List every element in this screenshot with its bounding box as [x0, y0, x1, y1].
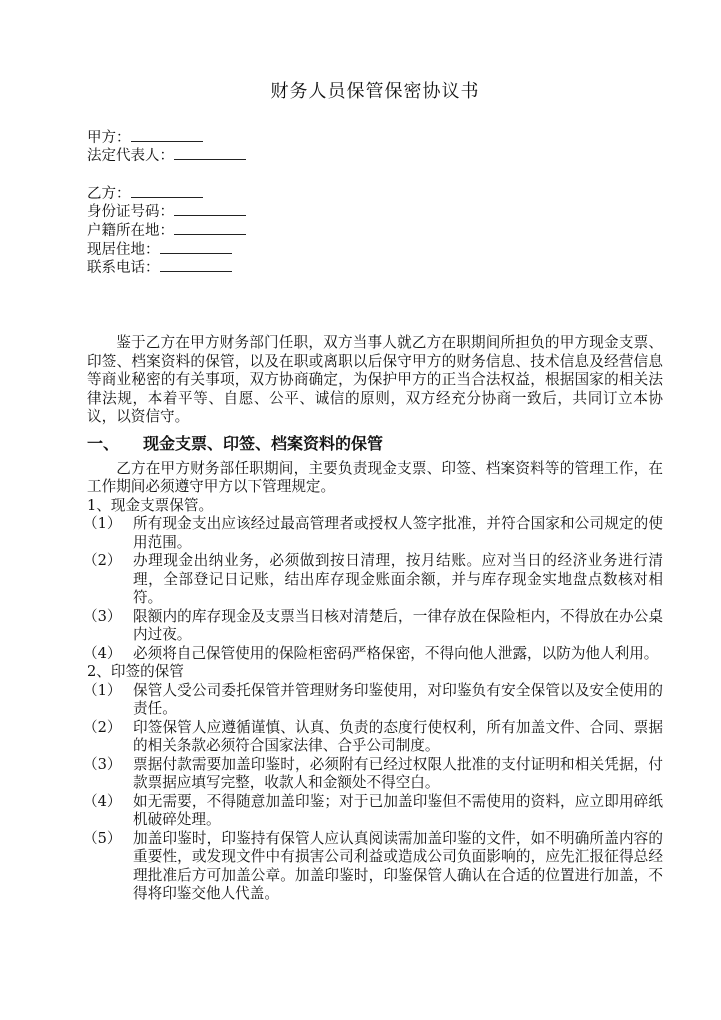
list-item: （4）如无需要，不得随意加盖印鉴；对于已加盖印鉴但不需使用的资料，应立即用碎纸机… [87, 793, 663, 830]
party-b-id-field: 身份证号码： [87, 202, 246, 221]
party-b-address-blank [160, 240, 232, 254]
list-item-text: 票据付款需要加盖印鉴时，必须附有已经过权限人批准的支付证明和相关凭据，付款票据应… [133, 756, 663, 793]
section-1-title: 现金支票、印签、档案资料的保管 [143, 434, 383, 453]
list-item-number: （2） [87, 552, 133, 608]
preamble-paragraph: 鉴于乙方在甲方财务部门任职，双方当事人就乙方在职期间所担负的甲方现金支票、印签、… [87, 334, 663, 427]
list-item-number: （2） [87, 719, 133, 756]
list-item-text: 印签保管人应遵循谨慎、认真、负责的态度行使权利，所有加盖文件、合同、票据的相关条… [133, 719, 663, 756]
list-item-number: （5） [87, 830, 133, 904]
party-b-id-label: 身份证号码： [87, 204, 174, 220]
subsection-1-heading: 1、现金支票保管。 [87, 497, 663, 516]
list-item: （2）办理现金出纳业务，必须做到按日清理，按月结账。应对当日的经济业务进行清理，… [87, 552, 663, 608]
list-item-text: 如无需要，不得随意加盖印鉴；对于已加盖印鉴但不需使用的资料，应立即用碎纸机破碎处… [133, 793, 663, 830]
party-b-name-field: 乙方： [87, 184, 203, 203]
document-title: 财务人员保管保密协议书 [87, 77, 663, 103]
party-a-name-label: 甲方： [87, 130, 131, 146]
party-b-address-field: 现居住地： [87, 240, 232, 259]
list-item-number: （4） [87, 645, 133, 664]
list-item: （2）印签保管人应遵循谨慎、认真、负责的态度行使权利，所有加盖文件、合同、票据的… [87, 719, 663, 756]
section-1-heading: 一、现金支票、印签、档案资料的保管 [87, 434, 663, 454]
list-item: （5）加盖印鉴时，印鉴持有保管人应认真阅读需加盖印鉴的文件，如不明确所盖内容的重… [87, 830, 663, 904]
list-item-text: 保管人受公司委托保管并管理财务印鉴使用，对印鉴负有安全保管以及安全使用的责任。 [133, 682, 663, 719]
subsection-2-heading: 2、印签的保管 [87, 663, 663, 682]
party-a-name-blank [131, 128, 203, 142]
list-item: （4）必须将自己保管使用的保险柜密码严格保密，不得向他人泄露，以防为他人利用。 [87, 645, 663, 664]
list-item: （1）所有现金支出应该经过最高管理者或授权人签字批准，并符合国家和公司规定的使用… [87, 515, 663, 552]
party-b-phone-blank [160, 258, 232, 272]
list-item-number: （4） [87, 793, 133, 830]
list-item-number: （1） [87, 515, 133, 552]
party-a-rep-blank [174, 146, 246, 160]
party-b-address-label: 现居住地： [87, 242, 160, 258]
list-item-number: （1） [87, 682, 133, 719]
list-item-text: 办理现金出纳业务，必须做到按日清理，按月结账。应对当日的经济业务进行清理，全部登… [133, 552, 663, 608]
party-b-phone-label: 联系电话： [87, 260, 160, 276]
list-item-text: 所有现金支出应该经过最高管理者或授权人签字批准，并符合国家和公司规定的使用范围。 [133, 515, 663, 552]
party-b-hukou-blank [174, 221, 246, 235]
party-a-rep-field: 法定代表人： [87, 146, 246, 165]
party-b-name-label: 乙方： [87, 186, 131, 202]
party-a-rep-label: 法定代表人： [87, 148, 174, 164]
list-item-number: （3） [87, 608, 133, 645]
section-1-number: 一、 [87, 434, 143, 454]
party-b-hukou-field: 户籍所在地： [87, 221, 246, 240]
party-b-name-blank [131, 184, 203, 198]
list-item-number: （3） [87, 756, 133, 793]
party-a-name-field: 甲方： [87, 128, 203, 147]
party-b-id-blank [174, 202, 246, 216]
party-b-phone-field: 联系电话： [87, 258, 232, 277]
list-item-text: 限额内的库存现金及支票当日核对清楚后，一律存放在保险柜内，不得放在办公桌内过夜。 [133, 608, 663, 645]
party-b-hukou-label: 户籍所在地： [87, 223, 174, 239]
document-body: 鉴于乙方在甲方财务部门任职，双方当事人就乙方在职期间所担负的甲方现金支票、印签、… [87, 334, 663, 904]
list-item: （1）保管人受公司委托保管并管理财务印鉴使用，对印鉴负有安全保管以及安全使用的责… [87, 682, 663, 719]
section-1-intro: 乙方在甲方财务部任职期间，主要负责现金支票、印签、档案资料等的管理工作，在工作期… [87, 460, 663, 497]
list-item: （3）票据付款需要加盖印鉴时，必须附有已经过权限人批准的支付证明和相关凭据，付款… [87, 756, 663, 793]
list-item-text: 必须将自己保管使用的保险柜密码严格保密，不得向他人泄露，以防为他人利用。 [133, 645, 663, 664]
list-item-text: 加盖印鉴时，印鉴持有保管人应认真阅读需加盖印鉴的文件，如不明确所盖内容的重要性，… [133, 830, 663, 904]
list-item: （3）限额内的库存现金及支票当日核对清楚后，一律存放在保险柜内，不得放在办公桌内… [87, 608, 663, 645]
